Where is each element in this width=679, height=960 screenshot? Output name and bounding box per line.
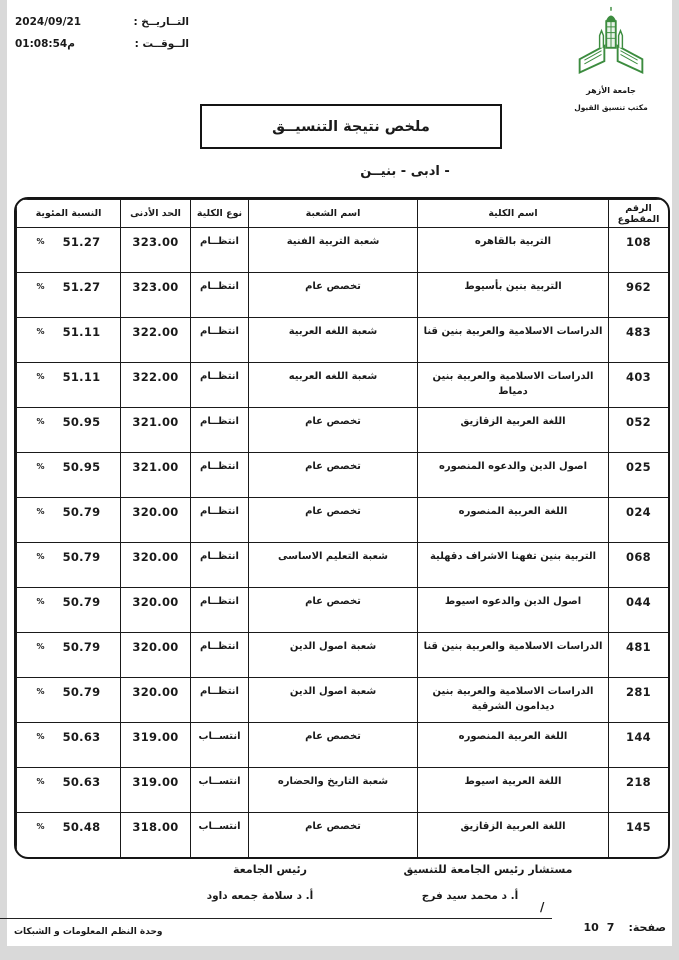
table-row: 962التربية بنين بأسيوطتخصص عامانتظــام32… — [17, 273, 669, 318]
results-table: الرقم المقطوعاسم الكليةاسم الشعبةنوع الك… — [14, 197, 670, 859]
percent-sign: % — [37, 597, 45, 606]
cell-type: انتظــام — [191, 678, 249, 723]
percent-sign: % — [37, 822, 45, 831]
cell-branch: تخصص عام — [249, 813, 418, 858]
cell-percentage: %51.11 — [17, 363, 121, 408]
cell-college: التربية بنين تفهنا الاشراف دقهلية — [418, 543, 609, 588]
org-block: جامعة الأزهر مكتب تنسيق القبول — [556, 6, 666, 112]
percent-value: 51.27 — [63, 280, 101, 294]
percent-value: 50.79 — [63, 640, 101, 654]
cell-percentage: %51.27 — [17, 273, 121, 318]
percent-sign: % — [37, 777, 45, 786]
cell-code: 218 — [609, 768, 669, 813]
percent-sign: % — [37, 327, 45, 336]
column-header-2: اسم الشعبة — [249, 200, 418, 228]
cell-branch: تخصص عام — [249, 588, 418, 633]
advisor-name: أ. د محمد سيد فرج — [375, 890, 565, 902]
table-header-row: الرقم المقطوعاسم الكليةاسم الشعبةنوع الك… — [17, 200, 669, 228]
document-page: التــاريــخ : 2024/09/21 الــوقــت : م01… — [0, 0, 679, 960]
datetime-block: التــاريــخ : 2024/09/21 الــوقــت : م01… — [15, 16, 189, 60]
cell-code: 052 — [609, 408, 669, 453]
table-row: 044اصول الدين والدعوه اسيوطتخصص عامانتظـ… — [17, 588, 669, 633]
report-title-box: ملخص نتيجة التنسيــق — [200, 104, 502, 149]
report-title: ملخص نتيجة التنسيــق — [272, 119, 430, 135]
cell-percentage: %50.63 — [17, 768, 121, 813]
table-row: 403الدراسات الاسلامية والعربية بنين دميا… — [17, 363, 669, 408]
percent-sign: % — [37, 642, 45, 651]
date-row: التــاريــخ : 2024/09/21 — [15, 16, 189, 28]
percent-sign: % — [37, 687, 45, 696]
percent-sign: % — [37, 237, 45, 246]
time-value: م01:08:54 — [15, 38, 75, 50]
page-margin-right — [672, 0, 679, 960]
date-label: التــاريــخ : — [133, 16, 189, 28]
table-row: 483الدراسات الاسلامية والعربية بنين قناش… — [17, 318, 669, 363]
table-row: 281الدراسات الاسلامية والعربية بنين ديدا… — [17, 678, 669, 723]
cell-college: اصول الدين والدعوه اسيوط — [418, 588, 609, 633]
cell-branch: تخصص عام — [249, 498, 418, 543]
column-header-0: الرقم المقطوع — [609, 200, 669, 228]
cell-college: اللغة العربية المنصوره — [418, 498, 609, 543]
table-row: 481الدراسات الاسلامية والعربية بنين قناش… — [17, 633, 669, 678]
column-header-4: الحد الأدنى — [121, 200, 191, 228]
cell-college: التربية بالقاهره — [418, 228, 609, 273]
cell-type: انتظــام — [191, 363, 249, 408]
report-subtitle: - ادبى - بنيــن — [255, 164, 555, 179]
cell-code: 145 — [609, 813, 669, 858]
cell-min: 319.00 — [121, 768, 191, 813]
office-name: مكتب تنسيق القبول — [556, 103, 666, 112]
cell-type: انتظــام — [191, 543, 249, 588]
cell-percentage: %50.79 — [17, 678, 121, 723]
cell-min: 320.00 — [121, 633, 191, 678]
date-value: 2024/09/21 — [15, 16, 81, 28]
cell-min: 320.00 — [121, 678, 191, 723]
percent-value: 50.79 — [63, 685, 101, 699]
cell-min: 322.00 — [121, 318, 191, 363]
cell-percentage: %51.11 — [17, 318, 121, 363]
table-row: 068التربية بنين تفهنا الاشراف دقهليةشعبة… — [17, 543, 669, 588]
time-row: الــوقــت : م01:08:54 — [15, 38, 189, 50]
column-header-5: النسبة المئوية — [17, 200, 121, 228]
cell-college: اللغة العربية المنصوره — [418, 723, 609, 768]
cell-min: 323.00 — [121, 273, 191, 318]
cell-percentage: %50.79 — [17, 498, 121, 543]
cell-percentage: %50.79 — [17, 633, 121, 678]
percent-value: 50.63 — [63, 730, 101, 744]
cell-college: الدراسات الاسلامية والعربية بنين دمياط — [418, 363, 609, 408]
page-separator: / — [540, 900, 544, 914]
percent-value: 50.79 — [63, 550, 101, 564]
page-total: 10 — [583, 921, 598, 934]
cell-percentage: %50.79 — [17, 588, 121, 633]
cell-code: 024 — [609, 498, 669, 543]
cell-college: التربية بنين بأسيوط — [418, 273, 609, 318]
cell-code: 025 — [609, 453, 669, 498]
percent-sign: % — [37, 417, 45, 426]
president-name: أ. د سلامة جمعه داود — [160, 890, 360, 902]
cell-percentage: %50.63 — [17, 723, 121, 768]
cell-college: الدراسات الاسلامية والعربية بنين قنا — [418, 318, 609, 363]
cell-type: انتســاب — [191, 723, 249, 768]
cell-code: 108 — [609, 228, 669, 273]
percent-sign: % — [37, 462, 45, 471]
cell-branch: شعبة اصول الدين — [249, 633, 418, 678]
cell-type: انتظــام — [191, 273, 249, 318]
cell-percentage: %50.79 — [17, 543, 121, 588]
cell-min: 320.00 — [121, 498, 191, 543]
cell-code: 962 — [609, 273, 669, 318]
table-row: 144اللغة العربية المنصورهتخصص عامانتســا… — [17, 723, 669, 768]
cell-branch: شعبة اللغه العربية — [249, 318, 418, 363]
cell-code: 144 — [609, 723, 669, 768]
table-row: 052اللغة العربية الزقازيقتخصص عامانتظــا… — [17, 408, 669, 453]
president-title: رئيس الجامعة — [170, 863, 370, 876]
cell-code: 403 — [609, 363, 669, 408]
cell-branch: تخصص عام — [249, 408, 418, 453]
cell-branch: شعبة التاريخ والحضاره — [249, 768, 418, 813]
cell-college: الدراسات الاسلامية والعربية بنين ديدامون… — [418, 678, 609, 723]
cell-percentage: %51.27 — [17, 228, 121, 273]
alazhar-emblem-icon — [573, 6, 649, 82]
cell-branch: شعبة اصول الدين — [249, 678, 418, 723]
cell-branch: تخصص عام — [249, 723, 418, 768]
cell-type: انتظــام — [191, 588, 249, 633]
percent-sign: % — [37, 552, 45, 561]
cell-min: 320.00 — [121, 543, 191, 588]
cell-percentage: %50.95 — [17, 453, 121, 498]
cell-type: انتســاب — [191, 768, 249, 813]
cell-college: اللغة العربية الزقازيق — [418, 408, 609, 453]
percent-value: 50.95 — [63, 460, 101, 474]
percent-sign: % — [37, 282, 45, 291]
table-row: 024اللغة العربية المنصورهتخصص عامانتظــا… — [17, 498, 669, 543]
footer-divider — [0, 918, 552, 919]
table-row: 218اللغة العربية اسيوطشعبة التاريخ والحض… — [17, 768, 669, 813]
cell-type: انتظــام — [191, 633, 249, 678]
page-current: 7 — [607, 921, 615, 934]
percent-sign: % — [37, 372, 45, 381]
percent-value: 50.48 — [63, 820, 101, 834]
percent-value: 51.11 — [63, 325, 101, 339]
percent-value: 51.11 — [63, 370, 101, 384]
page-label: صفحة: — [628, 921, 666, 934]
table-row: 145اللغة العربية الزقازيقتخصص عامانتســا… — [17, 813, 669, 858]
page-number: صفحة: 7 10 — [542, 921, 666, 934]
cell-code: 483 — [609, 318, 669, 363]
cell-type: انتظــام — [191, 498, 249, 543]
page-margin-bottom — [0, 946, 679, 960]
cell-branch: شعبة التعليم الاساسى — [249, 543, 418, 588]
cell-college: اصول الدين والدعوه المنصوره — [418, 453, 609, 498]
cell-type: انتظــام — [191, 408, 249, 453]
cell-min: 323.00 — [121, 228, 191, 273]
cell-code: 481 — [609, 633, 669, 678]
cell-min: 320.00 — [121, 588, 191, 633]
table-row: 025اصول الدين والدعوه المنصورهتخصص عامان… — [17, 453, 669, 498]
percent-value: 50.63 — [63, 775, 101, 789]
cell-college: اللغة العربية الزقازيق — [418, 813, 609, 858]
cell-percentage: %50.95 — [17, 408, 121, 453]
cell-type: انتظــام — [191, 453, 249, 498]
cell-type: انتظــام — [191, 318, 249, 363]
percent-value: 50.79 — [63, 505, 101, 519]
cell-min: 321.00 — [121, 453, 191, 498]
cell-min: 322.00 — [121, 363, 191, 408]
cell-college: الدراسات الاسلامية والعربية بنين قنا — [418, 633, 609, 678]
cell-type: انتســاب — [191, 813, 249, 858]
unit-name: وحدة النظم المعلومات و الشبكات — [14, 927, 163, 937]
cell-branch: شعبة التربية الفنية — [249, 228, 418, 273]
cell-branch: تخصص عام — [249, 273, 418, 318]
cell-percentage: %50.48 — [17, 813, 121, 858]
cell-code: 281 — [609, 678, 669, 723]
cell-min: 319.00 — [121, 723, 191, 768]
cell-code: 068 — [609, 543, 669, 588]
percent-sign: % — [37, 732, 45, 741]
university-name: جامعة الأزهر — [556, 86, 666, 95]
cell-code: 044 — [609, 588, 669, 633]
time-label: الــوقــت : — [135, 38, 189, 50]
column-header-1: اسم الكلية — [418, 200, 609, 228]
percent-value: 51.27 — [63, 235, 101, 249]
cell-college: اللغة العربية اسيوط — [418, 768, 609, 813]
cell-min: 318.00 — [121, 813, 191, 858]
percent-value: 50.95 — [63, 415, 101, 429]
percent-sign: % — [37, 507, 45, 516]
cell-branch: تخصص عام — [249, 453, 418, 498]
percent-value: 50.79 — [63, 595, 101, 609]
column-header-3: نوع الكلية — [191, 200, 249, 228]
cell-type: انتظــام — [191, 228, 249, 273]
table-row: 108التربية بالقاهرهشعبة التربية الفنيةان… — [17, 228, 669, 273]
cell-min: 321.00 — [121, 408, 191, 453]
advisor-title: مستشار رئيس الجامعة للتنسيق — [388, 863, 588, 876]
page-margin-left — [0, 0, 7, 960]
cell-branch: شعبة اللغه العربيه — [249, 363, 418, 408]
